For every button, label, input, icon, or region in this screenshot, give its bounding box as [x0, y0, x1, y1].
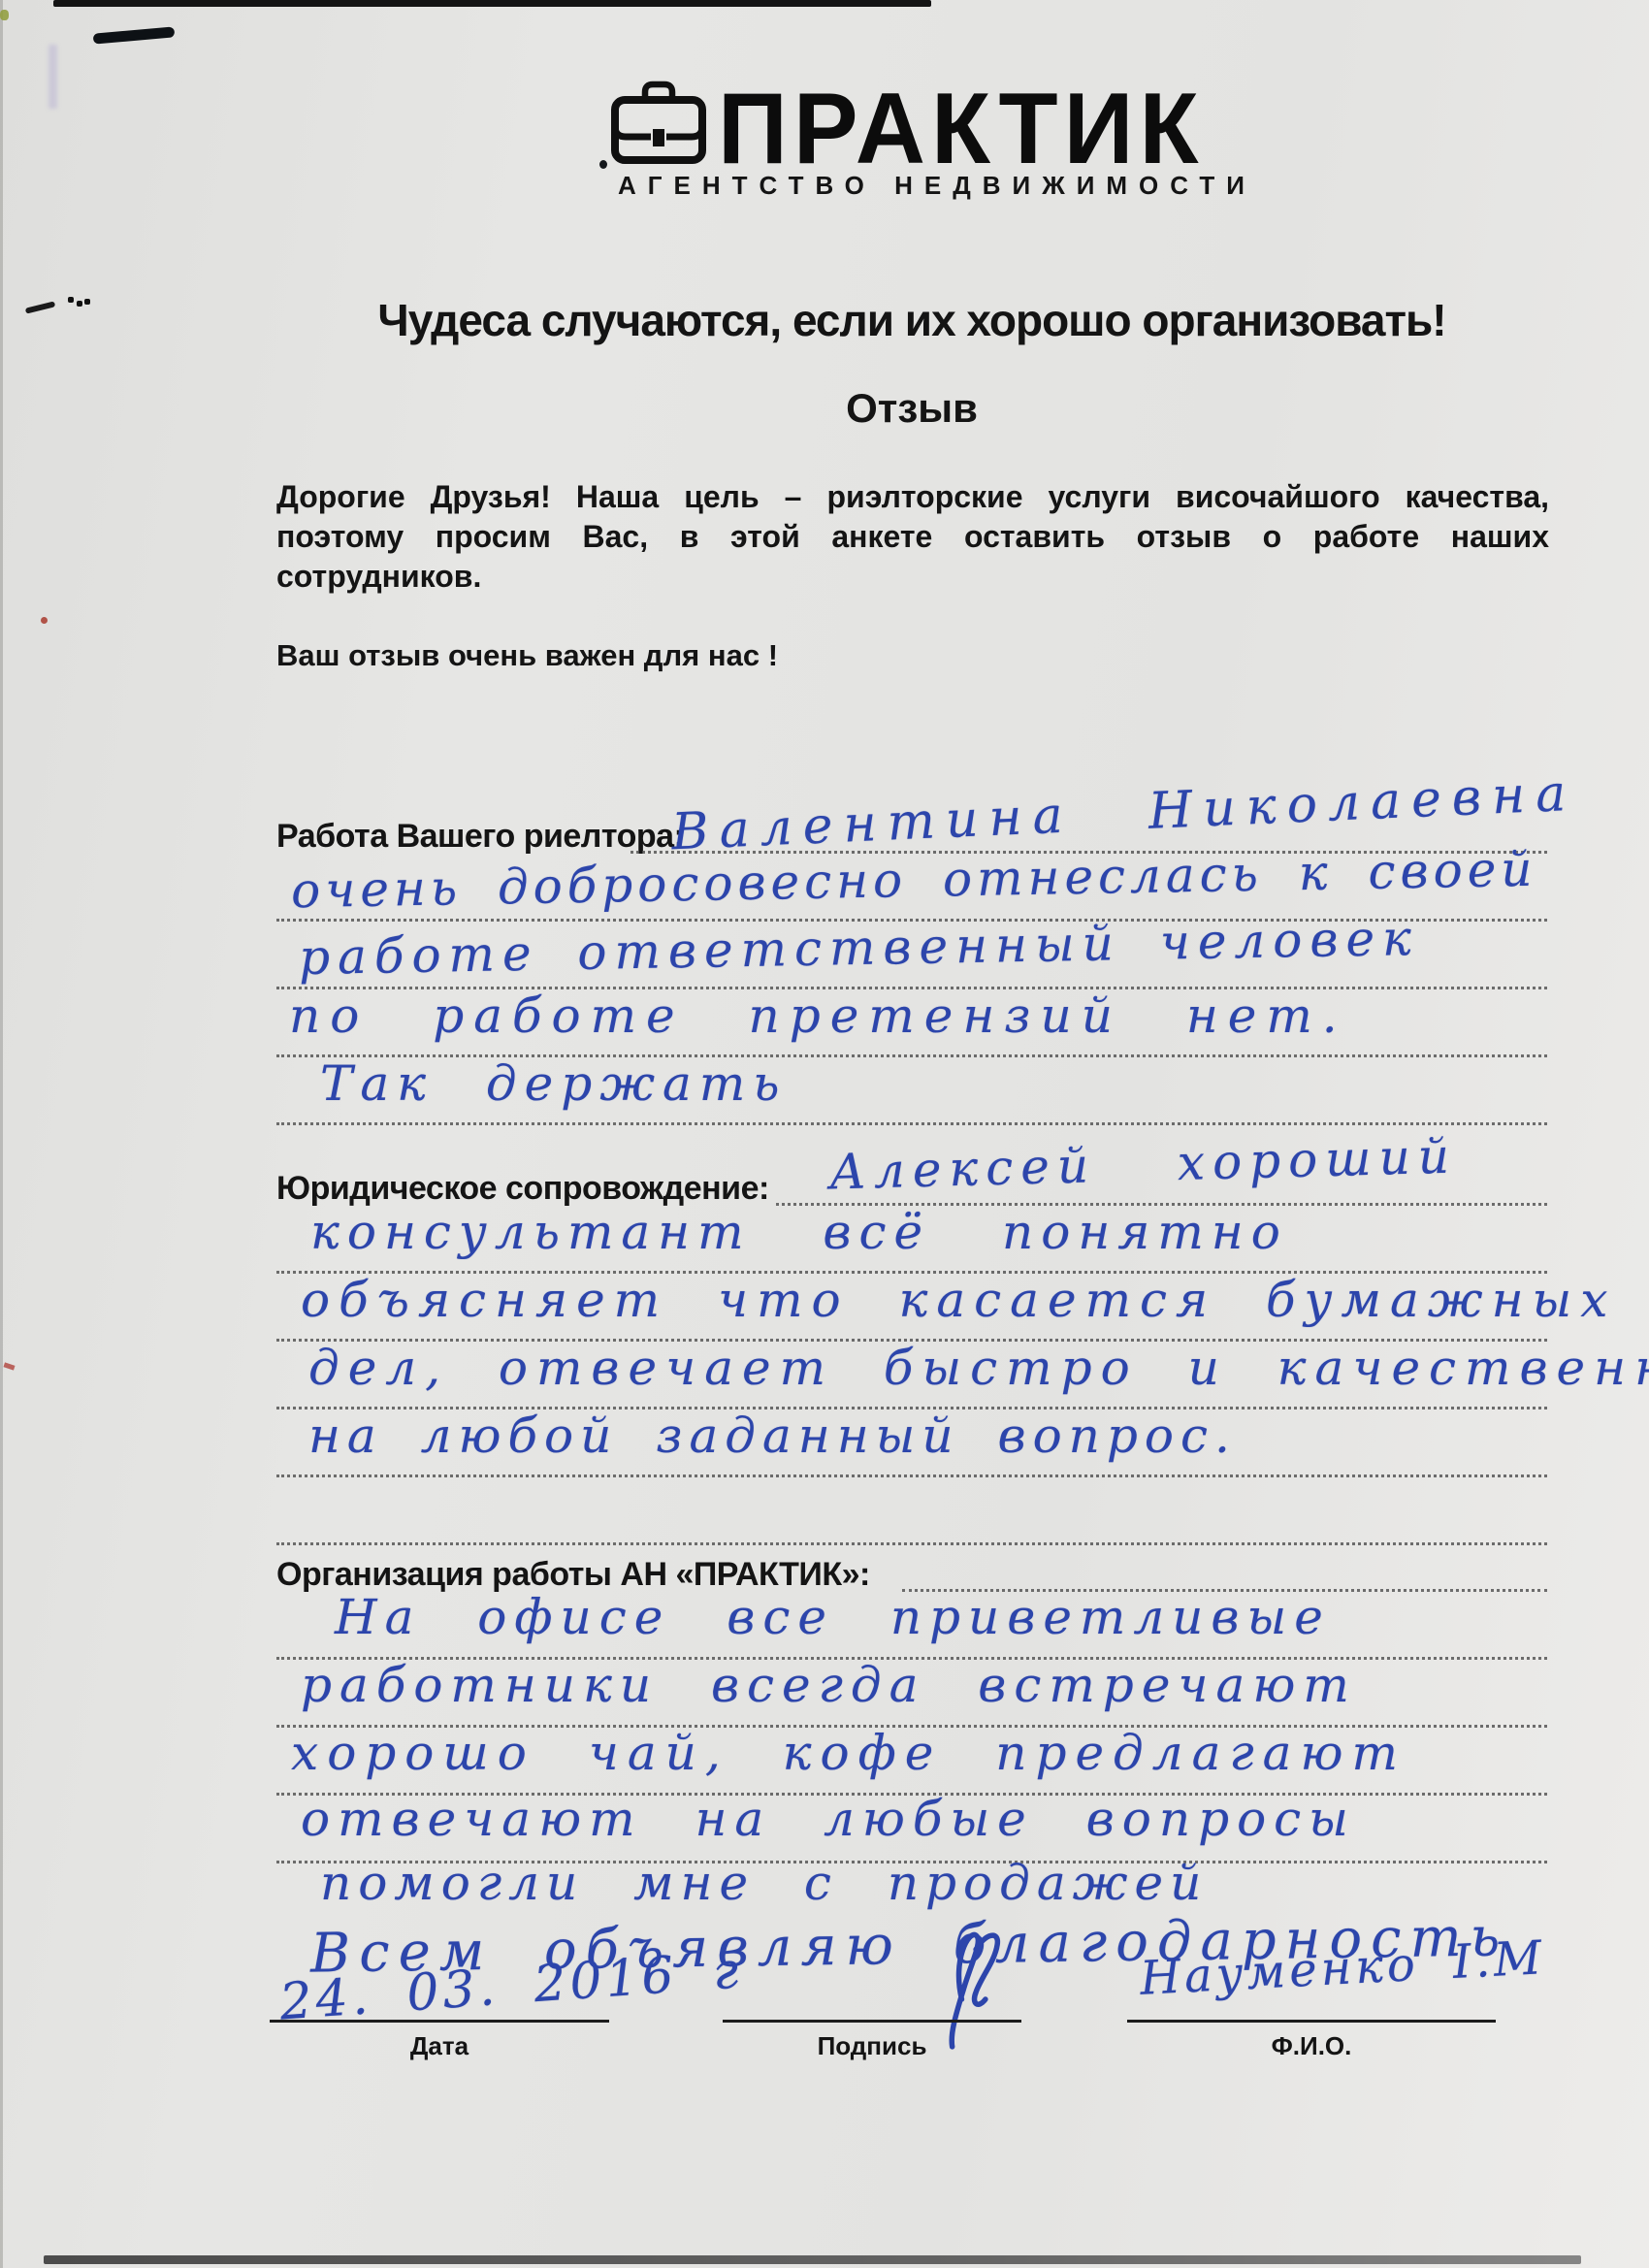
handwriting-line: отвечают на любые вопросы — [301, 1795, 1356, 1843]
signature-label: Подпись — [723, 2031, 1021, 2061]
handwriting-line: на любой заданный вопрос. — [308, 1411, 1237, 1460]
scan-artifact-red-dot — [41, 617, 48, 624]
scanned-feedback-form: ПРАКТИК АГЕНТСТВО НЕДВИЖИМОСТИ Чудеса сл… — [0, 0, 1649, 2268]
briefcase-icon — [611, 78, 706, 165]
handwriting-line: хорошо чай, кофе предлагают — [291, 1729, 1406, 1777]
intro-line: Дорогие Друзья! Наша цель – риэлторские … — [276, 477, 1549, 517]
intro-paragraph: Дорогие Друзья! Наша цель – риэлторские … — [276, 477, 1549, 597]
handwriting-line: работе ответственный человек — [299, 914, 1420, 982]
scan-edge-shadow — [0, 0, 3, 2268]
scan-artifact-pen-stroke — [93, 26, 176, 44]
handwriting-line: работники всегда встречают — [301, 1661, 1357, 1709]
scan-artifact-specks — [68, 297, 74, 303]
brand-tagline: АГЕНТСТВО НЕДВИЖИМОСТИ — [618, 171, 1256, 201]
scan-artifact-dot — [599, 160, 607, 169]
handwriting-line: Так держать — [320, 1059, 787, 1108]
handwriting-line: На офисе все приветливые — [335, 1593, 1331, 1641]
scan-artifact-bottom-strip — [44, 2255, 1581, 2264]
handwriting-line: помогли мне с продажей — [320, 1859, 1208, 1907]
date-line — [270, 2020, 609, 2023]
scan-artifact-smudge — [48, 45, 57, 109]
handwriting-line: дел, отвечает быстро и качественно — [308, 1344, 1649, 1392]
handwriting-line: консультант всё понятно — [310, 1208, 1288, 1256]
signature-line — [723, 2020, 1021, 2023]
field-label-realtor: Работа Вашего риелтора: — [276, 818, 684, 856]
intro-line: сотрудников. — [276, 557, 1549, 597]
scan-artifact-red-dash — [3, 1362, 15, 1370]
dotted-line — [276, 1122, 1547, 1125]
fio-line — [1127, 2020, 1496, 2023]
date-label: Дата — [270, 2031, 609, 2061]
handwriting-line: по работе претензий нет. — [289, 991, 1347, 1040]
handwriting-line: объясняет что касается бумажных — [301, 1276, 1616, 1324]
fio-label: Ф.И.О. — [1127, 2031, 1496, 2061]
intro-line: поэтому просим Вас, в этой анкете остави… — [276, 517, 1549, 557]
brand-wordmark: ПРАКТИК — [718, 83, 1205, 175]
importance-note: Ваш отзыв очень важен для нас ! — [276, 638, 778, 673]
scan-artifact-ink-mark — [25, 301, 56, 313]
field-label-legal: Юридическое сопровождение: — [276, 1170, 769, 1208]
handwriting-line: Алексей хороший — [828, 1132, 1457, 1197]
scan-artifact-top-strip — [53, 0, 931, 7]
scan-artifact-fleck — [0, 10, 9, 20]
dotted-line — [276, 1542, 1547, 1545]
form-title: Отзыв — [276, 385, 1547, 432]
dotted-line — [276, 1474, 1547, 1477]
headline: Чудеса случаются, если их хорошо организ… — [276, 294, 1547, 346]
